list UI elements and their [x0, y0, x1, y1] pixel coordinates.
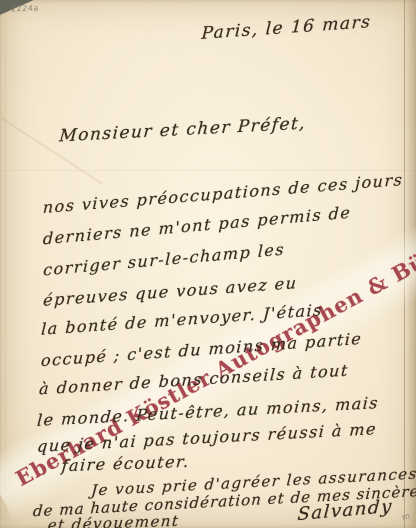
paper-right-edge-shadow	[404, 0, 416, 528]
pencil-inventory-number: 2224a	[11, 4, 39, 14]
horizontal-fold-crease	[0, 170, 416, 171]
left-edge-crease	[5, 14, 6, 528]
letter-photograph: Eberhard Köstler Autographen & Bücher 22…	[0, 0, 416, 528]
